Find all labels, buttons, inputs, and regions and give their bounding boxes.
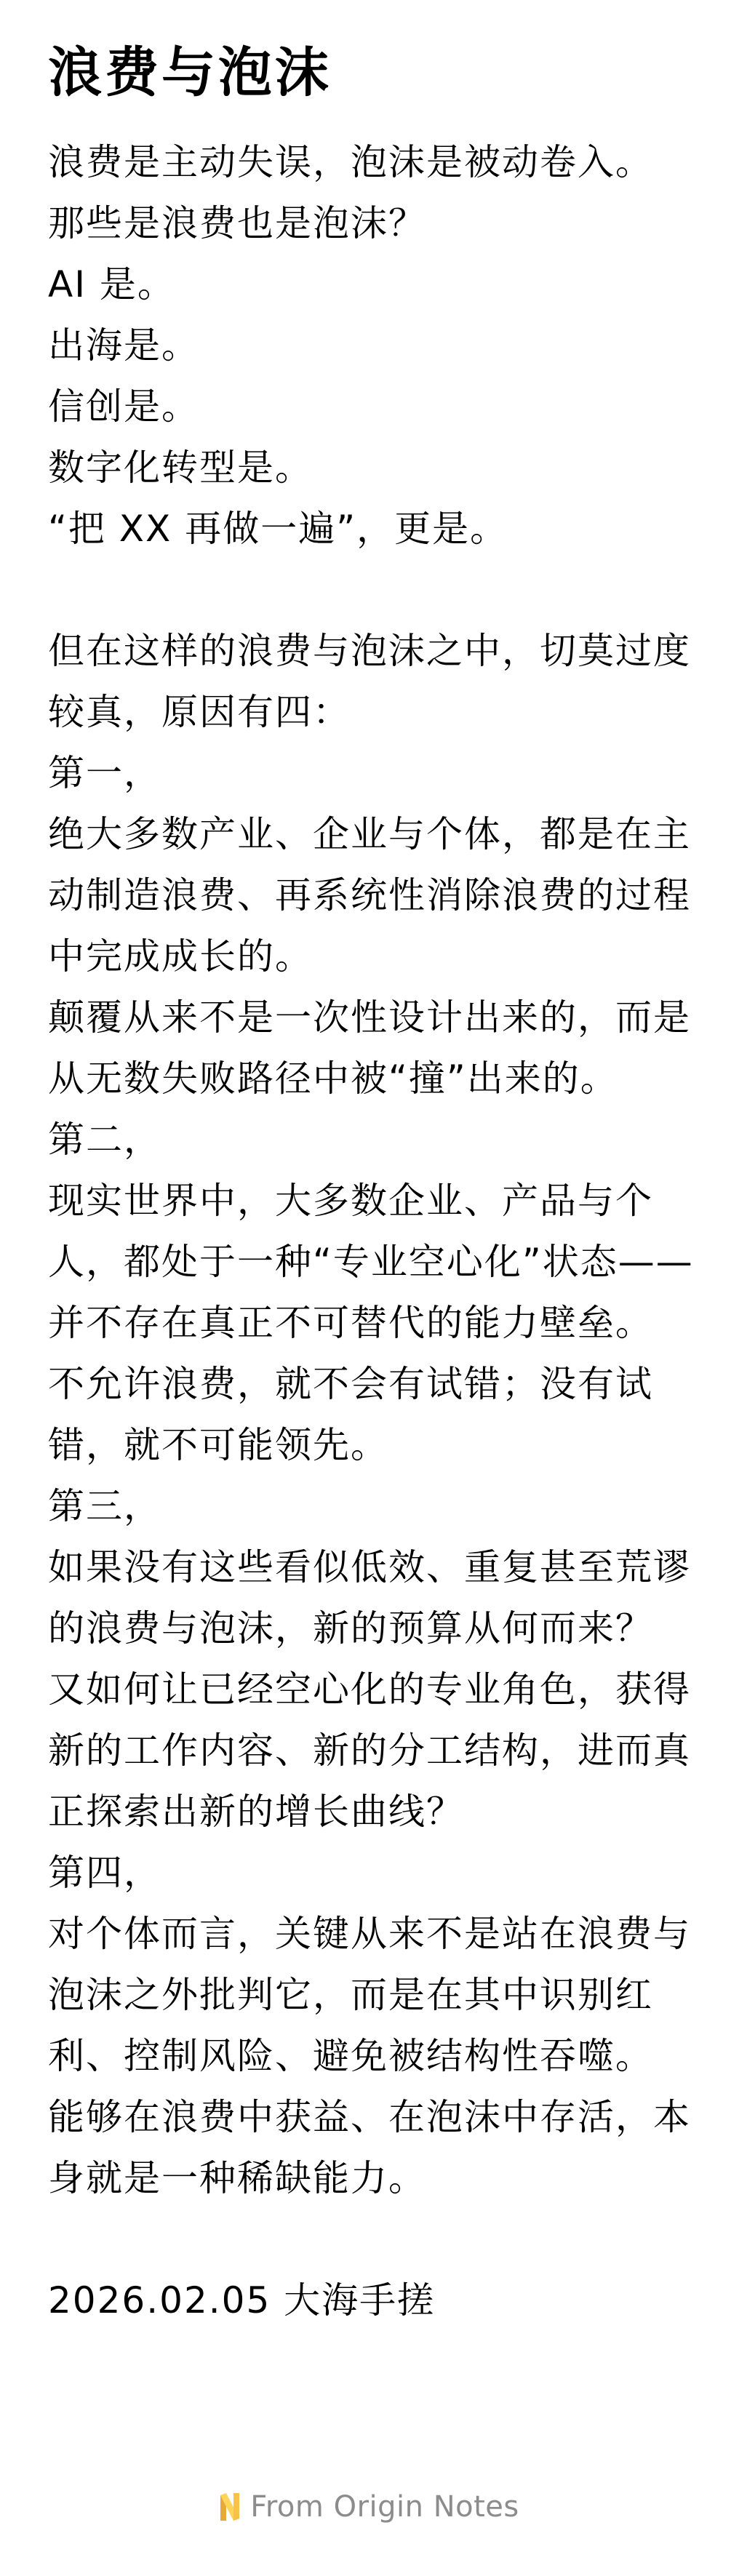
note-title: 浪费与泡沫 (48, 0, 691, 105)
note-line: 的浪费与泡沫，新的预算从何而来？ (48, 1598, 691, 1659)
note-line: 不允许浪费，就不会有试错；没有试 (48, 1353, 691, 1415)
note-body: 浪费是主动失误，泡沫是被动卷入。那些是浪费也是泡沫？AI 是。出海是。信创是。数… (48, 132, 691, 2209)
note-line: 利、控制风险、避免被结构性吞噬。 (48, 2025, 691, 2087)
note-line (48, 559, 691, 620)
note-line: 现实世界中，大多数企业、产品与个 (48, 1170, 691, 1231)
note-line: “把 XX 再做一遍”，更是。 (48, 498, 691, 559)
note-line: 又如何让已经空心化的专业角色，获得 (48, 1659, 691, 1720)
note-line: 数字化转型是。 (48, 437, 691, 498)
note-line: 第二， (48, 1109, 691, 1170)
n-icon-right-bar (233, 2493, 239, 2521)
note-line: 信创是。 (48, 376, 691, 437)
note-line: 较真，原因有四： (48, 681, 691, 743)
note-line: 浪费是主动失误，泡沫是被动卷入。 (48, 132, 691, 193)
note-line: 新的工作内容、新的分工结构，进而真 (48, 1720, 691, 1781)
note-line: 动制造浪费、再系统性消除浪费的过程 (48, 865, 691, 926)
note-line: 错，就不可能领先。 (48, 1415, 691, 1476)
note-line: 但在这样的浪费与泡沫之中，切莫过度 (48, 620, 691, 681)
note-line: 第一， (48, 743, 691, 804)
note-line: 第四， (48, 1842, 691, 1903)
note-line: 人，都处于一种“专业空心化”状态—— (48, 1231, 691, 1292)
note-line: 第三， (48, 1476, 691, 1537)
note-line: 出海是。 (48, 315, 691, 376)
note-page: 浪费与泡沫 浪费是主动失误，泡沫是被动卷入。那些是浪费也是泡沫？AI 是。出海是… (0, 0, 739, 2576)
footer: From Origin Notes (0, 2490, 739, 2524)
note-line: 如果没有这些看似低效、重复甚至荒谬 (48, 1537, 691, 1598)
note-line: 从无数失败路径中被“撞”出来的。 (48, 1048, 691, 1109)
note-line: 并不存在真正不可替代的能力壁垒。 (48, 1292, 691, 1353)
note-line: 颠覆从来不是一次性设计出来的，而是 (48, 987, 691, 1048)
note-content: 浪费与泡沫 浪费是主动失误，泡沫是被动卷入。那些是浪费也是泡沫？AI 是。出海是… (0, 0, 739, 2331)
footer-label: From Origin Notes (250, 2490, 519, 2524)
note-line: 身就是一种稀缺能力。 (48, 2148, 691, 2209)
note-line: 绝大多数产业、企业与个体，都是在主 (48, 804, 691, 865)
origin-notes-n-icon (220, 2493, 240, 2521)
note-line: 泡沫之外批判它，而是在其中识别红 (48, 1964, 691, 2025)
note-line: AI 是。 (48, 254, 691, 315)
note-line: 中完成成长的。 (48, 926, 691, 987)
note-date-line: 2026.02.05 大海手搓 (48, 2270, 691, 2331)
note-line: 正探索出新的增长曲线？ (48, 1781, 691, 1842)
note-line: 能够在浪费中获益、在泡沫中存活，本 (48, 2087, 691, 2148)
note-line: 对个体而言，关键从来不是站在浪费与 (48, 1903, 691, 1964)
note-line: 那些是浪费也是泡沫？ (48, 193, 691, 254)
